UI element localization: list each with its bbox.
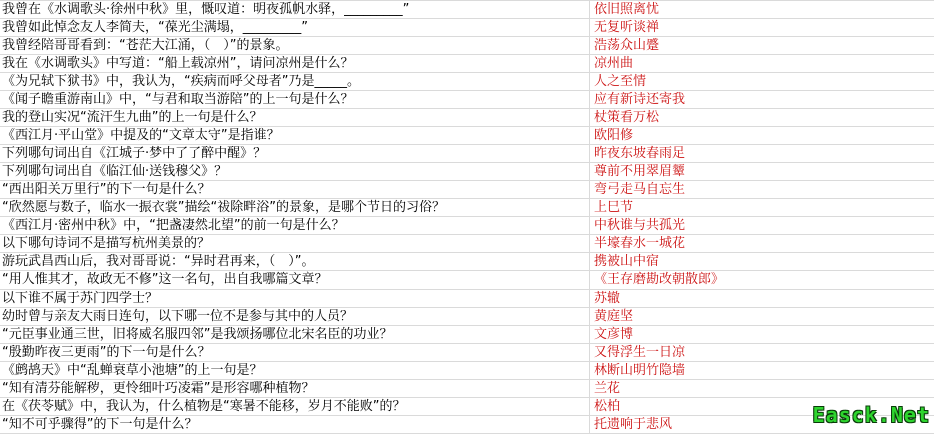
answer-cell: 人之至情	[590, 73, 934, 90]
question-cell: 《鹧鸪天》中“乱蝉衰草小池塘”的上一句是？	[0, 362, 590, 379]
answer-cell: 文彦博	[590, 326, 934, 343]
question-cell: 游玩武昌西山后，我对哥哥说：“异时君再来，（ ）”。	[0, 253, 590, 270]
watermark-easck-net: Easck.Net	[813, 403, 930, 427]
answer-cell: 凉州曲	[590, 55, 934, 72]
question-cell: 《为兄轼下狱书》中，我认为，“疾病而呼父母者”乃是_____。	[0, 73, 590, 90]
answer-cell: 兰花	[590, 380, 934, 397]
answer-cell: 林断山明竹隐墙	[590, 362, 934, 379]
question-cell: 《西江月·密州中秋》中，“把盏凄然北望”的前一句是什么？	[0, 217, 590, 234]
answer-cell: 昨夜东坡春雨足	[590, 145, 934, 162]
table-row: 我在《水调歌头》中写道：“船上载凉州”，请问凉州是什么？ 凉州曲	[0, 55, 934, 73]
table-row: 下列哪句词出自《临江仙·送钱穆父》？ 尊前不用翠眉颦	[0, 163, 934, 181]
table-row: 下列哪句词出自《江城子·梦中了了醉中醒》？ 昨夜东坡春雨足	[0, 145, 934, 163]
answer-cell: 《王存磨勘改朝散郎》	[590, 271, 934, 288]
table-row: 以下谁不属于苏门四学士？ 苏辙	[0, 290, 934, 308]
table-row: “元臣事业通三世，旧将威名服四邻”是我颂扬哪位北宋名臣的功业？ 文彦博	[0, 326, 934, 344]
table-row: 我曾在《水调歌头·徐州中秋》里，慨叹道：明夜孤帆水驿，_________” 依旧…	[0, 1, 934, 19]
question-cell: 幼时曾与亲友大雨日连句，以下哪一位不是参与其中的人员？	[0, 308, 590, 325]
table-row: 我的登山实况“流汗生九曲”的上一句是什么？ 杖策看万松	[0, 109, 934, 127]
table-row: 《闻子瞻重游南山》中，“与君和取当游陪”的上一句是什么？ 应有新诗还寄我	[0, 91, 934, 109]
answer-cell: 欧阳修	[590, 127, 934, 144]
answer-cell: 中秋谁与共孤光	[590, 217, 934, 234]
table-row: “欣然愿与数子，临水一振衣裳”描绘“祓除畔浴”的景象，是哪个节日的习俗？ 上巳节	[0, 199, 934, 217]
question-cell: 下列哪句词出自《临江仙·送钱穆父》？	[0, 163, 590, 180]
answer-cell: 苏辙	[590, 290, 934, 307]
answer-cell: 上巳节	[590, 199, 934, 216]
table-row: 《西江月·平山堂》中提及的“文章太守”是指谁？ 欧阳修	[0, 127, 934, 145]
table-row: 《鹧鸪天》中“乱蝉衰草小池塘”的上一句是？ 林断山明竹隐墙	[0, 362, 934, 380]
table-row: 幼时曾与亲友大雨日连句，以下哪一位不是参与其中的人员？ 黄庭坚	[0, 308, 934, 326]
answer-cell: 无复听谈禅	[590, 19, 934, 36]
question-cell: “知有清芬能解秽，更怜细叶巧凌霜”是形容哪种植物？	[0, 380, 590, 397]
question-cell: “元臣事业通三世，旧将威名服四邻”是我颂扬哪位北宋名臣的功业？	[0, 326, 590, 343]
question-cell: “西出阳关万里行”的下一句是什么？	[0, 181, 590, 198]
answer-cell: 杖策看万松	[590, 109, 934, 126]
question-cell: 下列哪句词出自《江城子·梦中了了醉中醒》？	[0, 145, 590, 162]
question-cell: 在《茯苓赋》中，我认为，什么植物是“寒暑不能移，岁月不能败”的？	[0, 398, 590, 415]
question-cell: “欣然愿与数子，临水一振衣裳”描绘“祓除畔浴”的景象，是哪个节日的习俗？	[0, 199, 590, 216]
question-cell: 我的登山实况“流汗生九曲”的上一句是什么？	[0, 109, 590, 126]
answer-cell: 半壕春水一城花	[590, 235, 934, 252]
answer-cell: 携被山中宿	[590, 253, 934, 270]
table-row: “用人惟其才，故政无不修”这一名句，出自我哪篇文章？ 《王存磨勘改朝散郎》	[0, 271, 934, 289]
answer-cell: 尊前不用翠眉颦	[590, 163, 934, 180]
question-cell: 以下哪句诗词不是描写杭州美景的？	[0, 235, 590, 252]
table-row: “殷勤昨夜三更雨”的下一句是什么？ 又得浮生一日凉	[0, 344, 934, 362]
table-row: 在《茯苓赋》中，我认为，什么植物是“寒暑不能移，岁月不能败”的？ 松柏	[0, 398, 934, 416]
table-row: 以下哪句诗词不是描写杭州美景的？ 半壕春水一城花	[0, 235, 934, 253]
table-row: 《西江月·密州中秋》中，“把盏凄然北望”的前一句是什么？ 中秋谁与共孤光	[0, 217, 934, 235]
answer-cell: 浩荡众山蹙	[590, 37, 934, 54]
table-row: “西出阳关万里行”的下一句是什么？ 弯弓走马自忘生	[0, 181, 934, 199]
table-row: 《为兄轼下狱书》中，我认为，“疾病而呼父母者”乃是_____。 人之至情	[0, 73, 934, 91]
question-cell: 我在《水调歌头》中写道：“船上载凉州”，请问凉州是什么？	[0, 55, 590, 72]
qa-table: 我曾在《水调歌头·徐州中秋》里，慨叹道：明夜孤帆水驿，_________” 依旧…	[0, 0, 934, 434]
table-row: 我曾如此悼念友人李简夫，“葆光尘满塌，_________” 无复听谈禅	[0, 19, 934, 37]
question-cell: 《闻子瞻重游南山》中，“与君和取当游陪”的上一句是什么？	[0, 91, 590, 108]
question-cell: 以下谁不属于苏门四学士？	[0, 290, 590, 307]
answer-cell: 又得浮生一日凉	[590, 344, 934, 361]
table-row: 游玩武昌西山后，我对哥哥说：“异时君再来，（ ）”。 携被山中宿	[0, 253, 934, 271]
question-cell: “知不可乎骤得”的下一句是什么？	[0, 416, 590, 433]
question-cell: 我曾在《水调歌头·徐州中秋》里，慨叹道：明夜孤帆水驿，_________”	[0, 1, 590, 18]
table-row: 我曾经陪哥哥看到：“苍茫大江涌，（ ）”的景象。 浩荡众山蹙	[0, 37, 934, 55]
question-cell: “用人惟其才，故政无不修”这一名句，出自我哪篇文章？	[0, 271, 590, 288]
table-row: “知有清芬能解秽，更怜细叶巧凌霜”是形容哪种植物？ 兰花	[0, 380, 934, 398]
question-cell: 《西江月·平山堂》中提及的“文章太守”是指谁？	[0, 127, 590, 144]
table-row: “知不可乎骤得”的下一句是什么？ 托遗响于悲风	[0, 416, 934, 434]
question-cell: 我曾如此悼念友人李简夫，“葆光尘满塌，_________”	[0, 19, 590, 36]
question-cell: “殷勤昨夜三更雨”的下一句是什么？	[0, 344, 590, 361]
answer-cell: 应有新诗还寄我	[590, 91, 934, 108]
answer-cell: 黄庭坚	[590, 308, 934, 325]
answer-cell: 弯弓走马自忘生	[590, 181, 934, 198]
question-cell: 我曾经陪哥哥看到：“苍茫大江涌，（ ）”的景象。	[0, 37, 590, 54]
answer-cell: 依旧照离忧	[590, 1, 934, 18]
